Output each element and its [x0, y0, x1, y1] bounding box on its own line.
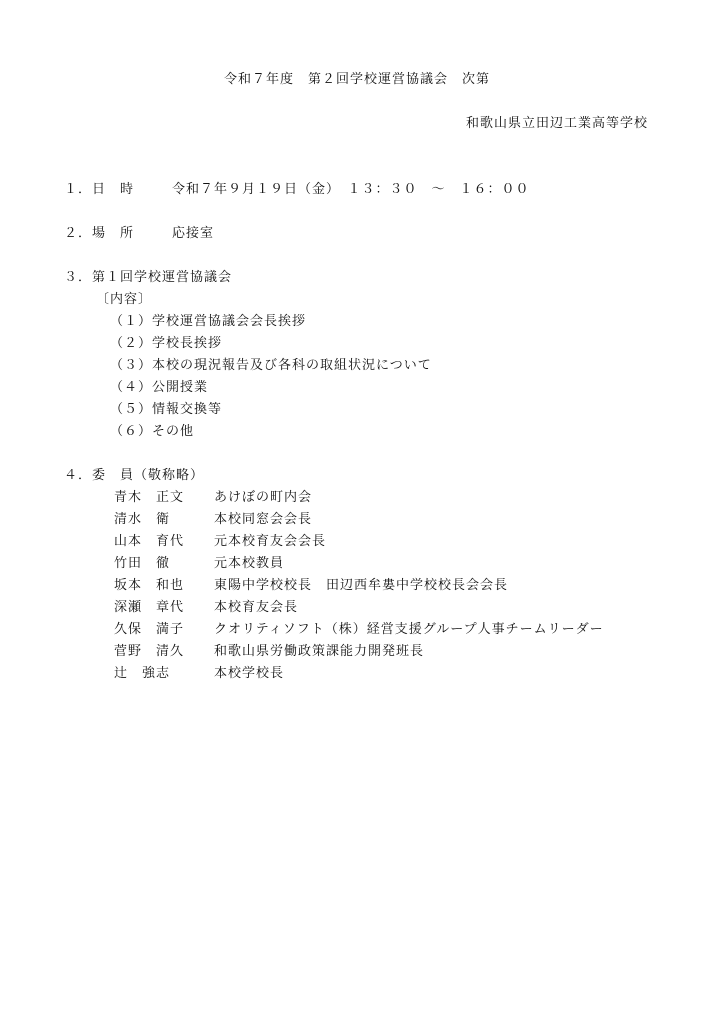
- member-affiliation: 元本校育友会会長: [214, 534, 326, 550]
- member-affiliation: 本校育友会長: [214, 600, 298, 616]
- organization-name: 和歌山県立田辺工業高等学校: [466, 116, 648, 132]
- member-name: 竹田 徹: [114, 556, 170, 572]
- member-name: 青木 正文: [114, 490, 184, 506]
- section-datetime-value: 令和７年９月１９日（金） １３：３０ ～ １６：００: [172, 182, 530, 198]
- agenda-subheading: 〔内容〕: [96, 292, 152, 308]
- member-name: 山本 育代: [114, 534, 184, 550]
- section-place-label: ２．場 所: [64, 226, 134, 242]
- agenda-item: （３）本校の現況報告及び各科の取組状況について: [110, 358, 432, 374]
- member-name: 深瀬 章代: [114, 600, 184, 616]
- member-affiliation: 本校同窓会会長: [214, 512, 312, 528]
- member-name: 坂本 和也: [114, 578, 184, 594]
- member-affiliation: 東陽中学校校長 田辺西牟婁中学校校長会会長: [214, 578, 508, 594]
- member-name: 久保 満子: [114, 622, 184, 638]
- section-agenda-heading: ３．第１回学校運営協議会: [64, 270, 232, 286]
- section-place-value: 応接室: [172, 226, 214, 242]
- section-datetime-label: １．日 時: [64, 182, 134, 198]
- agenda-item: （２）学校長挨拶: [110, 336, 222, 352]
- agenda-item: （１）学校運営協議会会長挨拶: [110, 314, 306, 330]
- member-name: 清水 衛: [114, 512, 170, 528]
- agenda-item: （６）その他: [110, 424, 194, 440]
- member-affiliation: 元本校教員: [214, 556, 284, 572]
- member-affiliation: 和歌山県労働政策課能力開発班長: [214, 644, 424, 660]
- member-affiliation: あけぼの町内会: [214, 490, 312, 506]
- member-name: 菅野 清久: [114, 644, 184, 660]
- member-affiliation: 本校学校長: [214, 666, 284, 682]
- document-title: 令和７年度 第２回学校運営協議会 次第: [224, 72, 490, 88]
- agenda-item: （５）情報交換等: [110, 402, 222, 418]
- member-affiliation: クオリティソフト（株）経営支援グループ人事チームリーダー: [214, 622, 604, 638]
- section-members-heading: ４．委 員（敬称略）: [64, 468, 204, 484]
- member-name: 辻 強志: [114, 666, 170, 682]
- agenda-item: （４）公開授業: [110, 380, 208, 396]
